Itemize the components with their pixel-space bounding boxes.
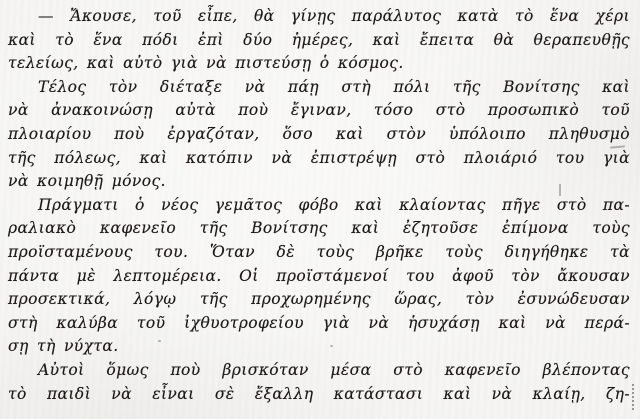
text-line: — Ἄκουσε, τοῦ εἶπε, θὰ γίνῃς παράλυτος κ… bbox=[8, 5, 630, 29]
text-line: τελείως, καὶ αὐτὸ γιὰ νὰ πιστεύσῃ ὁ κόσμ… bbox=[8, 52, 630, 76]
text-line: νὰ ἀνακοινώσῃ αὐτὰ ποὺ ἔγιναν, τόσο στὸ … bbox=[8, 99, 630, 123]
text-line: πλοιαρίου ποὺ ἐργαζόταν, ὅσο καὶ στὸν ὑπ… bbox=[8, 123, 630, 147]
text-line: Πράγματι ὁ νέος γεμᾶτος φόβο καὶ κλαίοντ… bbox=[8, 194, 630, 218]
scan-speckle bbox=[632, 384, 634, 410]
text-line: ραλιακὸ καφενεῖο τῆς Βονίτσης καὶ ἐζητοῦ… bbox=[8, 217, 630, 241]
text-line: Αὐτοὶ ὅμως ποὺ βρισκόταν μέσα στὸ καφενε… bbox=[8, 359, 630, 383]
text-line: προσεκτικά, λόγῳ τῆς προχωρημένης ὥρας, … bbox=[8, 288, 630, 312]
text-line: νὰ κοιμηθῇ μόνος. bbox=[8, 170, 630, 194]
text-line: προϊσταμένους του. Ὅταν δὲ τοὺς βρῆκε το… bbox=[8, 241, 630, 265]
text-line: Τέλος τὸν διέταξε νὰ πάῃ στὴ πόλι τῆς Βο… bbox=[8, 76, 630, 100]
text-line: σῃ τὴ νύχτα. bbox=[8, 335, 630, 359]
text-line: στὴ καλύβα τοῦ ἰχθυοτροφείου γιὰ νὰ ἡσυχ… bbox=[8, 312, 630, 336]
scanned-page: — Ἄκουσε, τοῦ εἶπε, θὰ γίνῃς παράλυτος κ… bbox=[0, 0, 640, 419]
text-line: τῆς πόλεως, καὶ κατόπιν νὰ ἐπιστρέψῃ στὸ… bbox=[8, 147, 630, 171]
text-line: τὸ παιδὶ νὰ εἶναι σὲ ἔξαλλη κατάστασι κα… bbox=[8, 383, 630, 407]
text-line: πάντα μὲ λεπτομέρεια. Οἱ προϊστάμενοί το… bbox=[8, 265, 630, 289]
text-line: καὶ τὸ ἕνα πόδι ἐπὶ δύο ἡμέρες, καὶ ἔπει… bbox=[8, 29, 630, 53]
